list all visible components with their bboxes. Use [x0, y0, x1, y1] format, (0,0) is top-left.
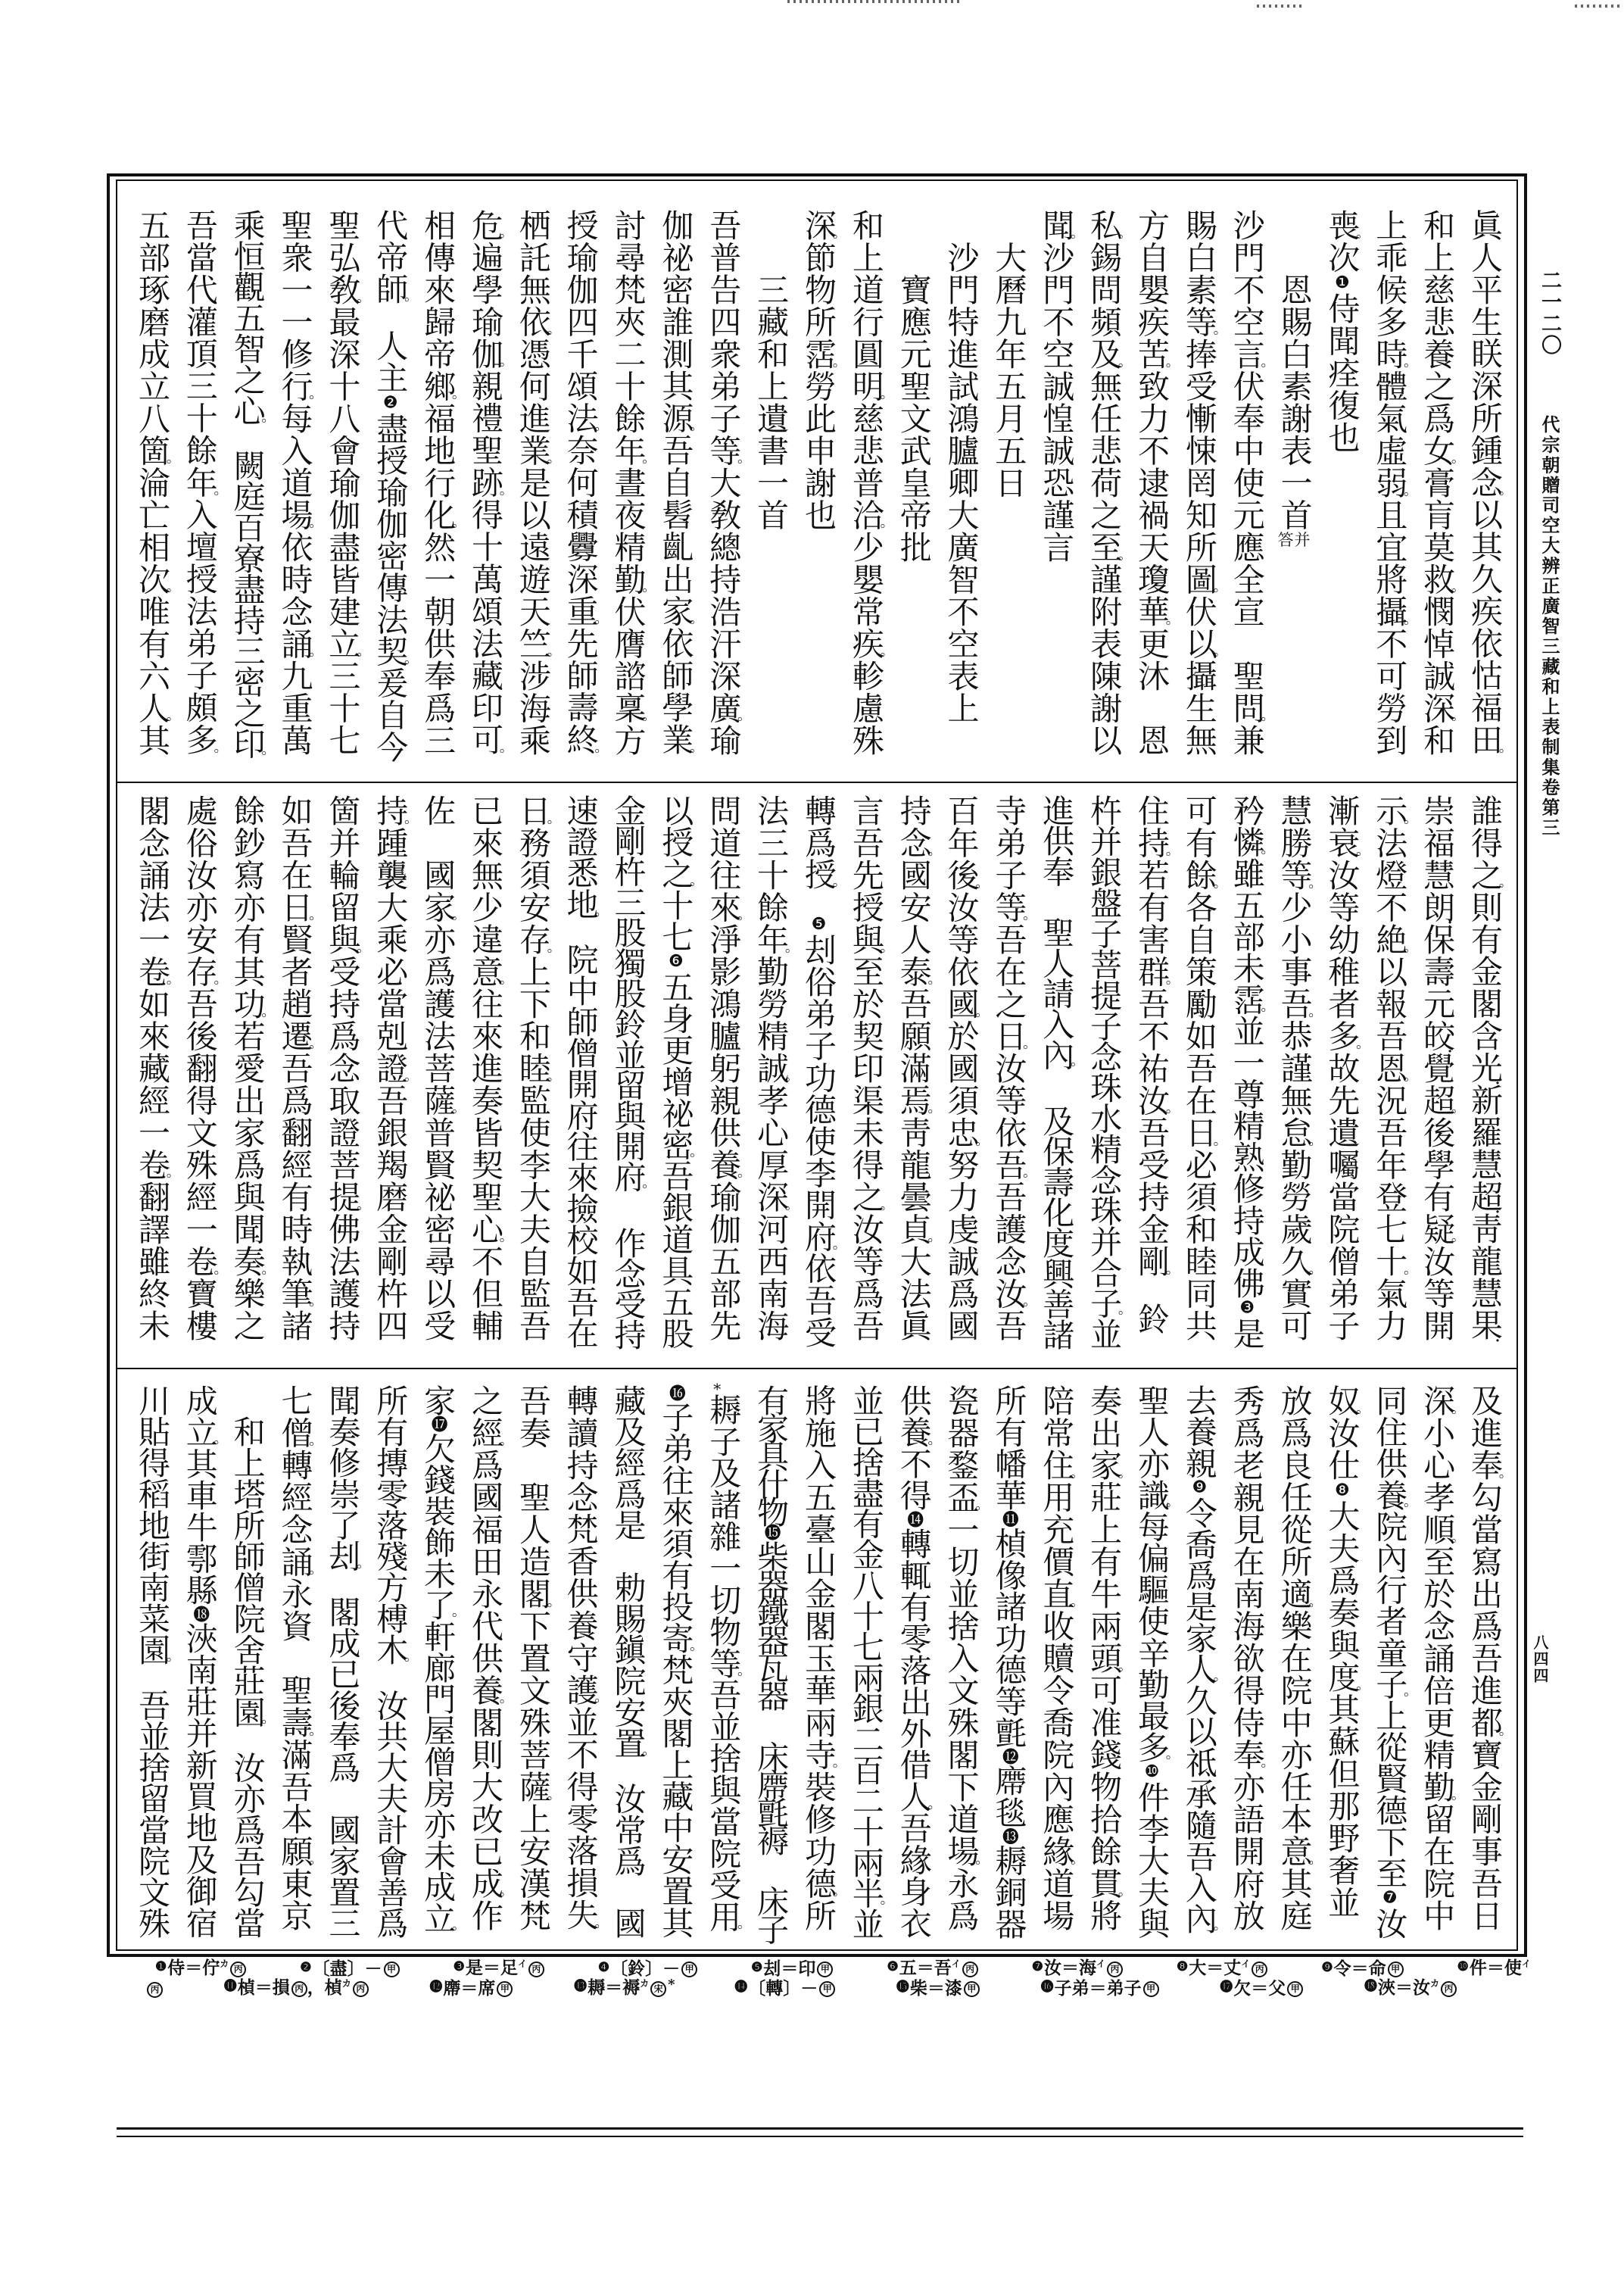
text-register-bottom: 及進奉。勾當寫出爲吾進都。寶金剛事吾日 深。小心孝順。至於念誦倍更精勤。留在院中… [128, 1384, 1508, 1937]
source-siglum-icon: 丙 [230, 1961, 246, 1977]
text-column: 如吾在日。賢者趙遷。吾爲翻經有時執筆。諸 [271, 794, 319, 1347]
text-column: 慧勝等。少小事吾。恭謹無怠。勤勞歲久。實可 [1270, 794, 1318, 1347]
text-column: 藏及經爲是 勅賜鎭院安置。 汝常爲 國 [604, 1384, 652, 1937]
source-siglum-icon: 丙 [147, 1982, 163, 1998]
footnote-entry: ⓲浹＝汝カ丙 [1364, 1978, 1457, 2000]
text-column: 七僧。轉經念誦。永資 聖壽。滿吾本願。東京 [271, 1384, 319, 1937]
text-column: 去養親❾令喬爲是家人。久以祗承隨吾入內。 [1175, 1384, 1223, 1937]
footnote-entry: ❽大＝丈イ丙 [1177, 1958, 1267, 1980]
text-column: 及進奉。勾當寫出爲吾進都。寶金剛事吾日 [1460, 1384, 1508, 1937]
source-siglum-icon: 甲 [497, 1981, 513, 1997]
text-column: *耨子及諸雜一切物等。吾並捨與當院受用。 [699, 1384, 747, 1937]
footnote-marker: ❸ [1238, 1299, 1257, 1318]
text-column: 瓷器鍪盃。一切並捨入文殊閣下道場。永爲 [937, 1384, 985, 1937]
footnote-marker: ❼ [1380, 1889, 1399, 1908]
text-column: 方自嬰疾苦。致力不逮禍天瓊華。更沐 恩 [1127, 209, 1175, 762]
text-column: 法三十餘年。勤勞精誠。孝心厚深。河西南海 [747, 794, 794, 1347]
page-number: 八四四 [1530, 1634, 1550, 1684]
scan-edge-artifact [1575, 5, 1620, 8]
text-column: 乘恒觀五智之心。 闕庭百寮盡持三密之印。 [223, 209, 271, 762]
footnote-entry: 丙 [145, 1980, 163, 1999]
source-siglum-icon: 甲 [819, 1981, 835, 1997]
source-siglum-icon: 甲 [1388, 1961, 1404, 1977]
text-column: 示。法燈不絶。以報吾恩。況吾年登七十。氣力 [1365, 794, 1413, 1347]
text-column: 百年後。汝等依國。於國須忠。努力虔誠爲國 [937, 794, 985, 1347]
text-column: 速證悉地。 院中師僧開府往來撿校如吾在 [556, 794, 604, 1347]
footnote-marker: ⓭ [999, 1828, 1018, 1845]
text-column: 轉爲授。 ❺刦俗弟子功德使李開府。依吾受 [794, 794, 842, 1347]
source-siglum-icon: 丙 [1107, 1961, 1123, 1977]
text-column: 伽祕密誰測其源。吾自髫齓出家。依師學業。 [652, 209, 700, 762]
text-register-top: 眞人平生眹深所鍾念。以其久疾依怙福田。 和上慈悲養之爲女。膏肓莫救。憫悼誠深。和… [128, 209, 1508, 762]
text-column: 日。務須安存。上下和睦。監使李大夫自監吾 [509, 794, 556, 1347]
text-column: 誰得之。則有金閣含光・新羅慧超・靑龍慧果・ [1460, 794, 1508, 1347]
footnote-marker: ⓰ [666, 1384, 685, 1401]
footnote-marker: ⓬ [429, 1980, 442, 1995]
register-divider-lower [117, 1368, 1516, 1369]
text-column: 吾普告四衆弟子等。大敎總持浩汗深廣。瑜 [699, 209, 747, 762]
text-column: 進供奉 聖人請入內。 及保壽化度興善諸 [1032, 794, 1080, 1347]
footnote-entry: ❸是＝足イ丙 [454, 1958, 544, 1980]
footnote-marker: ⓮ [734, 1980, 747, 1995]
footnote-marker: ❷ [381, 393, 400, 412]
footnote-marker: ⓱ [429, 1415, 447, 1432]
footnote-marker: ❺ [751, 1960, 762, 1975]
source-siglum-icon: 丙 [1441, 1981, 1457, 1997]
text-column: 危。遍學瑜伽。親禮聖跡。得十萬頌法藏印可。 [461, 209, 509, 762]
footnote-entry: ⓯柴＝漆甲 [896, 1979, 980, 2000]
footnote-marker: ❾ [1321, 1960, 1333, 1975]
text-column: 吾當代灌頂三十餘年。入壇授法弟子頗多。 [176, 209, 223, 762]
text-column: 聞。沙門不空誠惶誠恐謹言 [1032, 209, 1080, 762]
text-column: 處俗汝亦安存。吾後翻得文殊經一卷。寶樓 [176, 794, 223, 1347]
source-siglum-icon: 甲 [1287, 1981, 1303, 1997]
scanned-page: 二一二〇 代宗朝贈司空大辨正廣智三藏和上表制集卷第三 八四四 眞人平生眹深所鍾念… [0, 0, 1624, 2272]
text-column: 奏出家。莊上有牛兩頭。可准錢物拾餘貫。將 [1080, 1384, 1127, 1937]
text-column: 和上道行圓明。慈悲普洽。少嬰常疾。軫慮殊 [842, 209, 890, 762]
footnote-marker: ❻ [666, 952, 685, 971]
footnote-marker: ⓲ [1364, 1979, 1377, 1994]
footnote-marker: ❽ [1177, 1959, 1188, 1974]
text-column: 餘鈔寫亦有其功。若愛出家爲與聞奏。樂之 [223, 794, 271, 1347]
source-siglum-icon: 甲 [384, 1961, 400, 1977]
footnote-marker: ⓯ [762, 1524, 781, 1540]
text-column: 所有摶零落殘方榑木。 汝共大夫計會善爲 [366, 1384, 413, 1937]
footnote-entry: ❺刦＝印甲 [751, 1959, 833, 1980]
text-column: 沙門不空言。伏奉中使元應全宣 聖問。兼 [1223, 209, 1270, 762]
text-column: 漸衰。汝等幼稚者多。故先遺囑當院僧弟子 [1318, 794, 1366, 1347]
asterisk-mark: * [668, 1977, 675, 1993]
text-column: 聖衆一一修行。每入道場。依時念誦。九重萬 [271, 209, 319, 762]
interlinear-note: 并答 [1278, 531, 1311, 549]
footnote-marker: ⓭ [574, 1979, 587, 1994]
text-column: 有家具什物⓯柴器鐵器瓦器 床廗氈褥 床子 [747, 1384, 794, 1937]
text-column: 吾奏 聖人造閣。下置文殊菩薩。上安漢梵 [509, 1384, 556, 1937]
text-column: 討尋梵夾二十餘年。晝夜精勤。伏膺諮稟。方 [604, 209, 652, 762]
text-column: 持念。國安人泰。吾願滿焉。靑龍曇貞。大法眞 [890, 794, 937, 1347]
source-siglum-icon: 甲 [964, 1981, 980, 1997]
text-column: 言吾先授與。至於契印渠未得之。汝等爲吾 [842, 794, 890, 1347]
footnote-entry: ❶侍＝佇カ丙 [155, 1958, 246, 1980]
bottom-rule-lower [117, 2136, 1523, 2137]
footnote-marker: ⓫ [224, 1979, 237, 1994]
text-column: 五部琢磨成立八箇。淪亡相次。唯有六人。其 [128, 209, 176, 762]
source-siglum-icon: 甲 [1143, 1981, 1159, 1997]
text-column: 之經。爲國福田永代供養。閣則大改已成。作 [461, 1384, 509, 1937]
signature-line: 沙門特進試鴻臚卿大廣智不空表上 [937, 209, 985, 762]
text-column: 深。小心孝順。至於念誦倍更精勤。留在院中 [1413, 1384, 1460, 1937]
text-column: 聖弘敎。最深十八會瑜伽盡皆建立。三十七 [319, 209, 366, 762]
footnote-marker: ⓲ [191, 1606, 210, 1622]
text-column: ⓰子弟往來須有投寄。梵夾閣上藏中安置其 [652, 1384, 700, 1937]
footnote-marker: ⓱ [1220, 1980, 1233, 1995]
text-column: 聖人亦識。每偏驅使辛勤最多。❿件李大夫與 [1127, 1384, 1175, 1937]
source-siglum-icon: 丙 [528, 1961, 544, 1977]
text-column: 私。錫問頻及。無任悲荷之至。謹附表陳謝以 [1080, 209, 1127, 762]
text-register-middle: 誰得之。則有金閣含光・新羅慧超・靑龍慧果・ 崇福慧朗・保壽元皎・覺超。後學有疑。… [128, 794, 1508, 1347]
text-column: 將施入五臺山金閣玉華兩寺。裝修功德。所 [794, 1384, 842, 1937]
text-column: 秀爲老親見在南海欲得侍奉。亦語開府放 [1223, 1384, 1270, 1937]
footnote-marker: ❺ [809, 915, 828, 934]
running-title: 代宗朝贈司空大辨正廣智三藏和上表制集卷第三 [1538, 415, 1560, 838]
footnote-marker: ❷ [300, 1960, 311, 1975]
text-column: 陪常住。用充價直。收贖令喬院內應緣。道場 [1032, 1384, 1080, 1937]
text-column: 川貼得稻地街南菜園。 吾並捨留當院文殊 [128, 1384, 176, 1937]
footnote-marker: ❶ [1333, 273, 1351, 292]
text-column: 供養。不得⓮轉輒有零落出外借人。吾緣身衣 [890, 1384, 937, 1937]
text-column: 深。節物所霑。勞此申謝也 [794, 209, 842, 762]
source-siglum-icon: 甲 [681, 1961, 697, 1977]
text-column: 賜白素等。捧受慚悚罔知所圖。伏以。攝生無 [1175, 209, 1223, 762]
footnote-marker: ❻ [887, 1959, 898, 1974]
text-column: 和上慈悲養之爲女。膏肓莫救。憫悼誠深。和 [1413, 209, 1460, 762]
text-column: 奴。汝仕❽大夫爲奏與度。其蘇但那野奢並 [1318, 1384, 1366, 1937]
footnote-entry: ⓮〔轉〕－甲 [734, 1979, 835, 2000]
text-column: 閣念誦法一卷。如來藏經一卷。翻譯雖終未 [128, 794, 176, 1347]
footnotes-line-1: ❶侍＝佇カ丙❷〔盡〕－甲❸是＝足イ丙❹〔鈴〕－甲❺刦＝印甲❻五＝吾イ丙❼汝＝海イ… [155, 1958, 1531, 1980]
footnote-marker: ❶ [155, 1959, 167, 1974]
footnote-marker: ⓰ [1041, 1980, 1054, 1995]
text-column: 代帝師。 人主❷盡授瑜伽密傳法契。爰自今 [366, 209, 413, 762]
text-column: 持。踵襲大乘必當剋證。吾銀羯磨金剛杵四 [366, 794, 413, 1347]
text-column: 住持。若有害群。吾不祐汝。吾受持金剛。 鈴 [1127, 794, 1175, 1347]
footnotes-line-2: 丙⓫楨＝損丙，楨カ丙⓬廗＝席甲⓭耨＝褥カ宋*⓮〔轉〕－甲⓯柴＝漆甲⓰子弟＝弟子甲… [145, 1978, 1457, 2000]
bottom-rule-upper [117, 2127, 1523, 2130]
text-column: 金剛杵三股獨股鈴並留與開府。 作念受持 [604, 794, 652, 1347]
footnote-entry: ❻五＝吾イ丙 [887, 1958, 977, 1980]
source-siglum-icon: 宋 [650, 1981, 666, 1997]
scan-edge-artifact [787, 0, 962, 3]
footnote-marker: ❼ [1032, 1959, 1043, 1974]
section-title: 恩賜白素謝表一首 [1276, 209, 1314, 531]
footnote-entry: ❿件＝使イ [1457, 1958, 1531, 1980]
asterisk-mark: * [708, 1380, 726, 1398]
text-column: 眞人平生眹深所鍾念。以其久疾依怙福田。 [1460, 209, 1508, 762]
footnote-entry: ⓬廗＝席甲 [429, 1979, 513, 2000]
scan-edge-artifact [1257, 5, 1302, 8]
footnote-entry: ❼汝＝海イ丙 [1032, 1958, 1123, 1980]
text-column: 家⓱欠錢裝飾未了。軒廊門屋僧房亦未成立。 [413, 1384, 461, 1937]
footnote-marker: ❿ [1457, 1959, 1469, 1974]
text-column: 杵并銀盤子菩提子念珠水精念珠并合子。並 [1080, 794, 1127, 1347]
text-column: 相傳來歸帝鄉。福地行化。然一朝供奉爲三 [413, 209, 461, 762]
text-column: 轉讀持念梵香供養守護。並不得零落損失。 [556, 1384, 604, 1937]
footnote-entry: ⓭耨＝褥カ宋* [574, 1978, 673, 2000]
text-column: 可有餘。各自策勵如吾在日。必須和睦同共 [1175, 794, 1223, 1347]
source-siglum-icon: 丙 [353, 1981, 369, 1997]
footnote-entry: ⓱欠＝父甲 [1220, 1979, 1303, 2000]
footnote-marker: ⓫ [999, 1511, 1018, 1528]
text-column: 箇并輪留與。受持爲念取證菩提。佛法護持 [319, 794, 366, 1347]
text-column: 所有幡華⓫楨像諸功德等氈⓬廗毯⓭耨銅器 [985, 1384, 1033, 1937]
text-column: 以授之。十七❻五身更增祕密。吾銀道具五股 [652, 794, 700, 1347]
text-column: 同住供養。院內行者童子。上從賢德下至❼汝 [1365, 1384, 1413, 1937]
footnote-entry: ⓰子弟＝弟子甲 [1041, 1979, 1159, 2000]
footnote-marker: ❾ [1190, 1478, 1209, 1497]
text-column: 佐 國家。亦爲護法菩薩。普賢祕密尋以受 [413, 794, 461, 1347]
text-column: 成立。其車牛鄠縣⓲浹南莊并新買地及御宿 [176, 1384, 223, 1937]
text-column: 崇福慧朗・保壽元皎・覺超。後學有疑。汝等開 [1413, 794, 1460, 1347]
text-column: 並已捨盡有金八十七兩銀二百二十兩半。並 [842, 1384, 890, 1937]
register-divider-upper [117, 782, 1516, 783]
text-column: 授瑜伽四千頌法。奈何積釁深重。先師壽終。 [556, 209, 604, 762]
footnote-marker: ⓬ [999, 1748, 1018, 1765]
text-column: 已來無少違意。往來進奏皆契聖心。不但輔 [461, 794, 509, 1347]
text-column: 聞奏修崇了刦。 閣成已後奉爲 國家置三 [319, 1384, 366, 1937]
footnote-marker: ❽ [1333, 1481, 1351, 1500]
source-siglum-icon: 丙 [962, 1961, 978, 1977]
imperial-reply-heading: 寶應元聖文武皇帝批 [890, 209, 937, 762]
footnote-marker: ⓯ [896, 1980, 909, 1995]
text-number: 二一二〇 [1537, 270, 1561, 356]
text-column: 寺弟子等。吾在之日。汝等依吾。吾護念汝。吾 [985, 794, 1033, 1347]
source-siglum-icon: 丙 [291, 1981, 307, 1997]
text-column: 上乖候多時。體氣虛弱。且宜將攝。不可勞到 [1365, 209, 1413, 762]
text-column: 和上塔所師僧院舍莊園。 汝亦爲吾勾當 [223, 1384, 271, 1937]
text-column: 喪。次❶侍聞痊復也 [1318, 209, 1366, 762]
text-column: 問道往來。淨影鴻臚躬親供養。瑜伽五部先 [699, 794, 747, 1347]
section-title-column: 恩賜白素謝表一首并答 [1270, 209, 1318, 762]
text-column: 栖託無依。憑何進業。是以遠遊天竺。涉海乘 [509, 209, 556, 762]
text-column: 放爲良任從所適。樂在院中亦任本意。其庭 [1270, 1384, 1318, 1937]
footnote-entry: ⓫楨＝損丙，楨カ丙 [224, 1978, 369, 2000]
section-title-column: 三藏和上遺書一首 [747, 209, 794, 762]
text-column: 矜憐。雖五部未霑。並一尊精熟修持成佛❸是 [1223, 794, 1270, 1347]
source-siglum-icon: 甲 [817, 1961, 833, 1977]
footnote-marker: ⓮ [905, 1511, 924, 1528]
footnote-marker: ❹ [598, 1960, 609, 1975]
footnote-marker: ❸ [454, 1959, 465, 1974]
source-siglum-icon: 丙 [1252, 1961, 1267, 1977]
date-line: 大曆九年五月五日 [985, 209, 1033, 762]
